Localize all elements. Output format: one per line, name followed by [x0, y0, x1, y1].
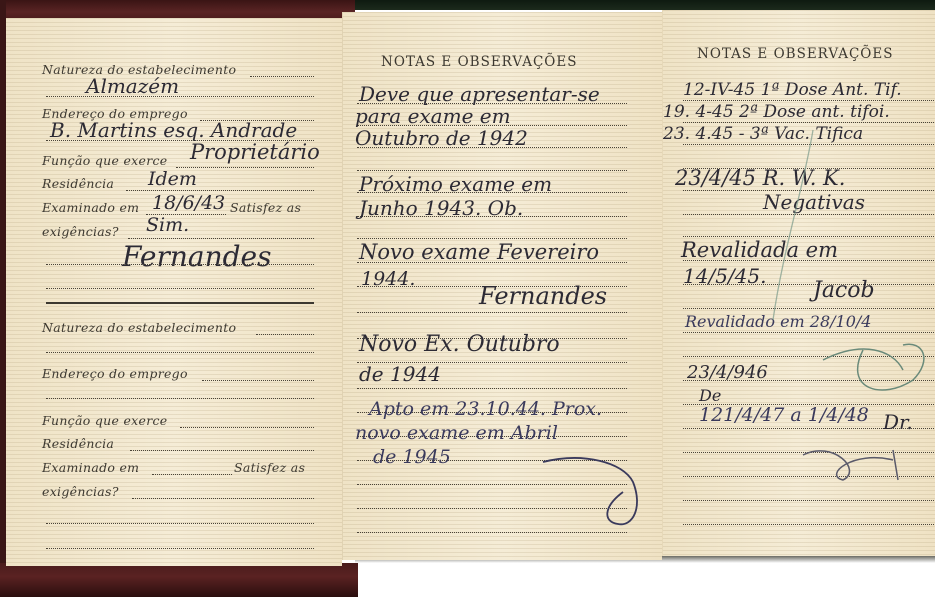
funcao-label: Função que exerce: [42, 153, 167, 168]
satisfez-label: Satisfez as: [230, 200, 301, 215]
background-edge: [355, 0, 935, 10]
green-ink-stroke: [763, 130, 823, 330]
dotted-line: [256, 334, 314, 335]
endereco-value: B. Martins esq. Andrade: [50, 118, 297, 142]
note-line: 14/5/45.: [683, 264, 766, 288]
dotted-line: [357, 312, 627, 313]
dotted-line: [357, 170, 627, 171]
note-line: Novo exame Fevereiro: [359, 240, 599, 264]
signature-flourish: [533, 452, 653, 532]
note-line: 23/4/946: [687, 362, 768, 383]
dotted-line: [202, 380, 314, 381]
dotted-line: [152, 474, 232, 475]
dotted-line: [46, 352, 314, 353]
booklet-cover-bottom: [0, 563, 358, 597]
dotted-line: [250, 76, 314, 77]
note-line: Apto em 23.10.44. Prox.: [369, 398, 602, 420]
dotted-line: [130, 450, 314, 451]
dotted-line: [126, 190, 314, 191]
right-page: NOTAS E OBSERVAÇÕES 12-IV-45 1ª Dose Ant…: [662, 10, 935, 556]
examinado-value: 18/6/43: [152, 192, 225, 214]
dotted-line: [683, 500, 935, 501]
page-title: NOTAS E OBSERVAÇÕES: [381, 54, 577, 70]
note-line: 12-IV-45 1ª Dose Ant. Tif.: [683, 80, 902, 100]
left-page: Natureza do estabelecimento Almazém Ende…: [6, 18, 342, 566]
dotted-line: [357, 238, 627, 239]
endereco-label-2: Endereço do emprego: [42, 366, 188, 381]
natureza-value: Almazém: [86, 74, 179, 98]
dotted-line: [128, 238, 314, 239]
dotted-line: [46, 264, 314, 265]
residencia-label: Residência: [42, 176, 114, 191]
note-line: de 1945: [373, 446, 451, 468]
residencia-label-2: Residência: [42, 436, 114, 451]
dotted-line: [357, 532, 627, 533]
exigencias-value: Sim.: [146, 214, 189, 236]
section-divider: [46, 302, 314, 304]
dotted-line: [46, 96, 314, 97]
dotted-line: [132, 498, 314, 499]
note-line: De: [699, 386, 721, 405]
dotted-line: [357, 388, 627, 389]
exigencias-label: exigências?: [42, 224, 119, 239]
note-line: novo exame em Abril: [355, 422, 558, 444]
note-line: de 1944: [359, 362, 441, 386]
exigencias-label-2: exigências?: [42, 484, 119, 499]
dotted-line: [683, 122, 935, 123]
note-line: Outubro de 1942: [355, 126, 528, 150]
funcao-label-2: Função que exerce: [42, 413, 167, 428]
note-line: 19. 4-45 2ª Dose ant. tifoi.: [663, 102, 890, 122]
dotted-line: [683, 524, 935, 525]
dotted-line: [46, 548, 314, 549]
dotted-line: [46, 398, 314, 399]
note-line: Novo Ex. Outubro: [359, 332, 560, 357]
satisfez-label-2: Satisfez as: [234, 460, 305, 475]
dotted-line: [46, 523, 314, 524]
page-title: NOTAS E OBSERVAÇÕES: [697, 46, 893, 62]
note-line: Junho 1943. Ob.: [359, 196, 523, 220]
residencia-value: Idem: [148, 168, 197, 190]
signature: Fernandes: [479, 282, 607, 310]
dotted-line: [180, 427, 314, 428]
dotted-line: [683, 100, 935, 101]
signature-flourish: [803, 330, 935, 480]
natureza-label-2: Natureza do estabelecimento: [42, 320, 236, 335]
note-line: para exame em: [355, 104, 511, 128]
dotted-line: [46, 288, 314, 289]
signature: Fernandes: [122, 240, 271, 273]
examinado-label: Examinado em: [42, 200, 139, 215]
note-line: Deve que apresentar-se: [359, 82, 600, 106]
note-line: Próximo exame em: [359, 172, 552, 196]
middle-page: NOTAS E OBSERVAÇÕES Deve que apresentar-…: [342, 12, 662, 560]
booklet-cover-top: [0, 0, 355, 20]
funcao-value: Proprietário: [190, 140, 320, 164]
examinado-label-2: Examinado em: [42, 460, 139, 475]
note-line: 1944.: [361, 268, 415, 290]
